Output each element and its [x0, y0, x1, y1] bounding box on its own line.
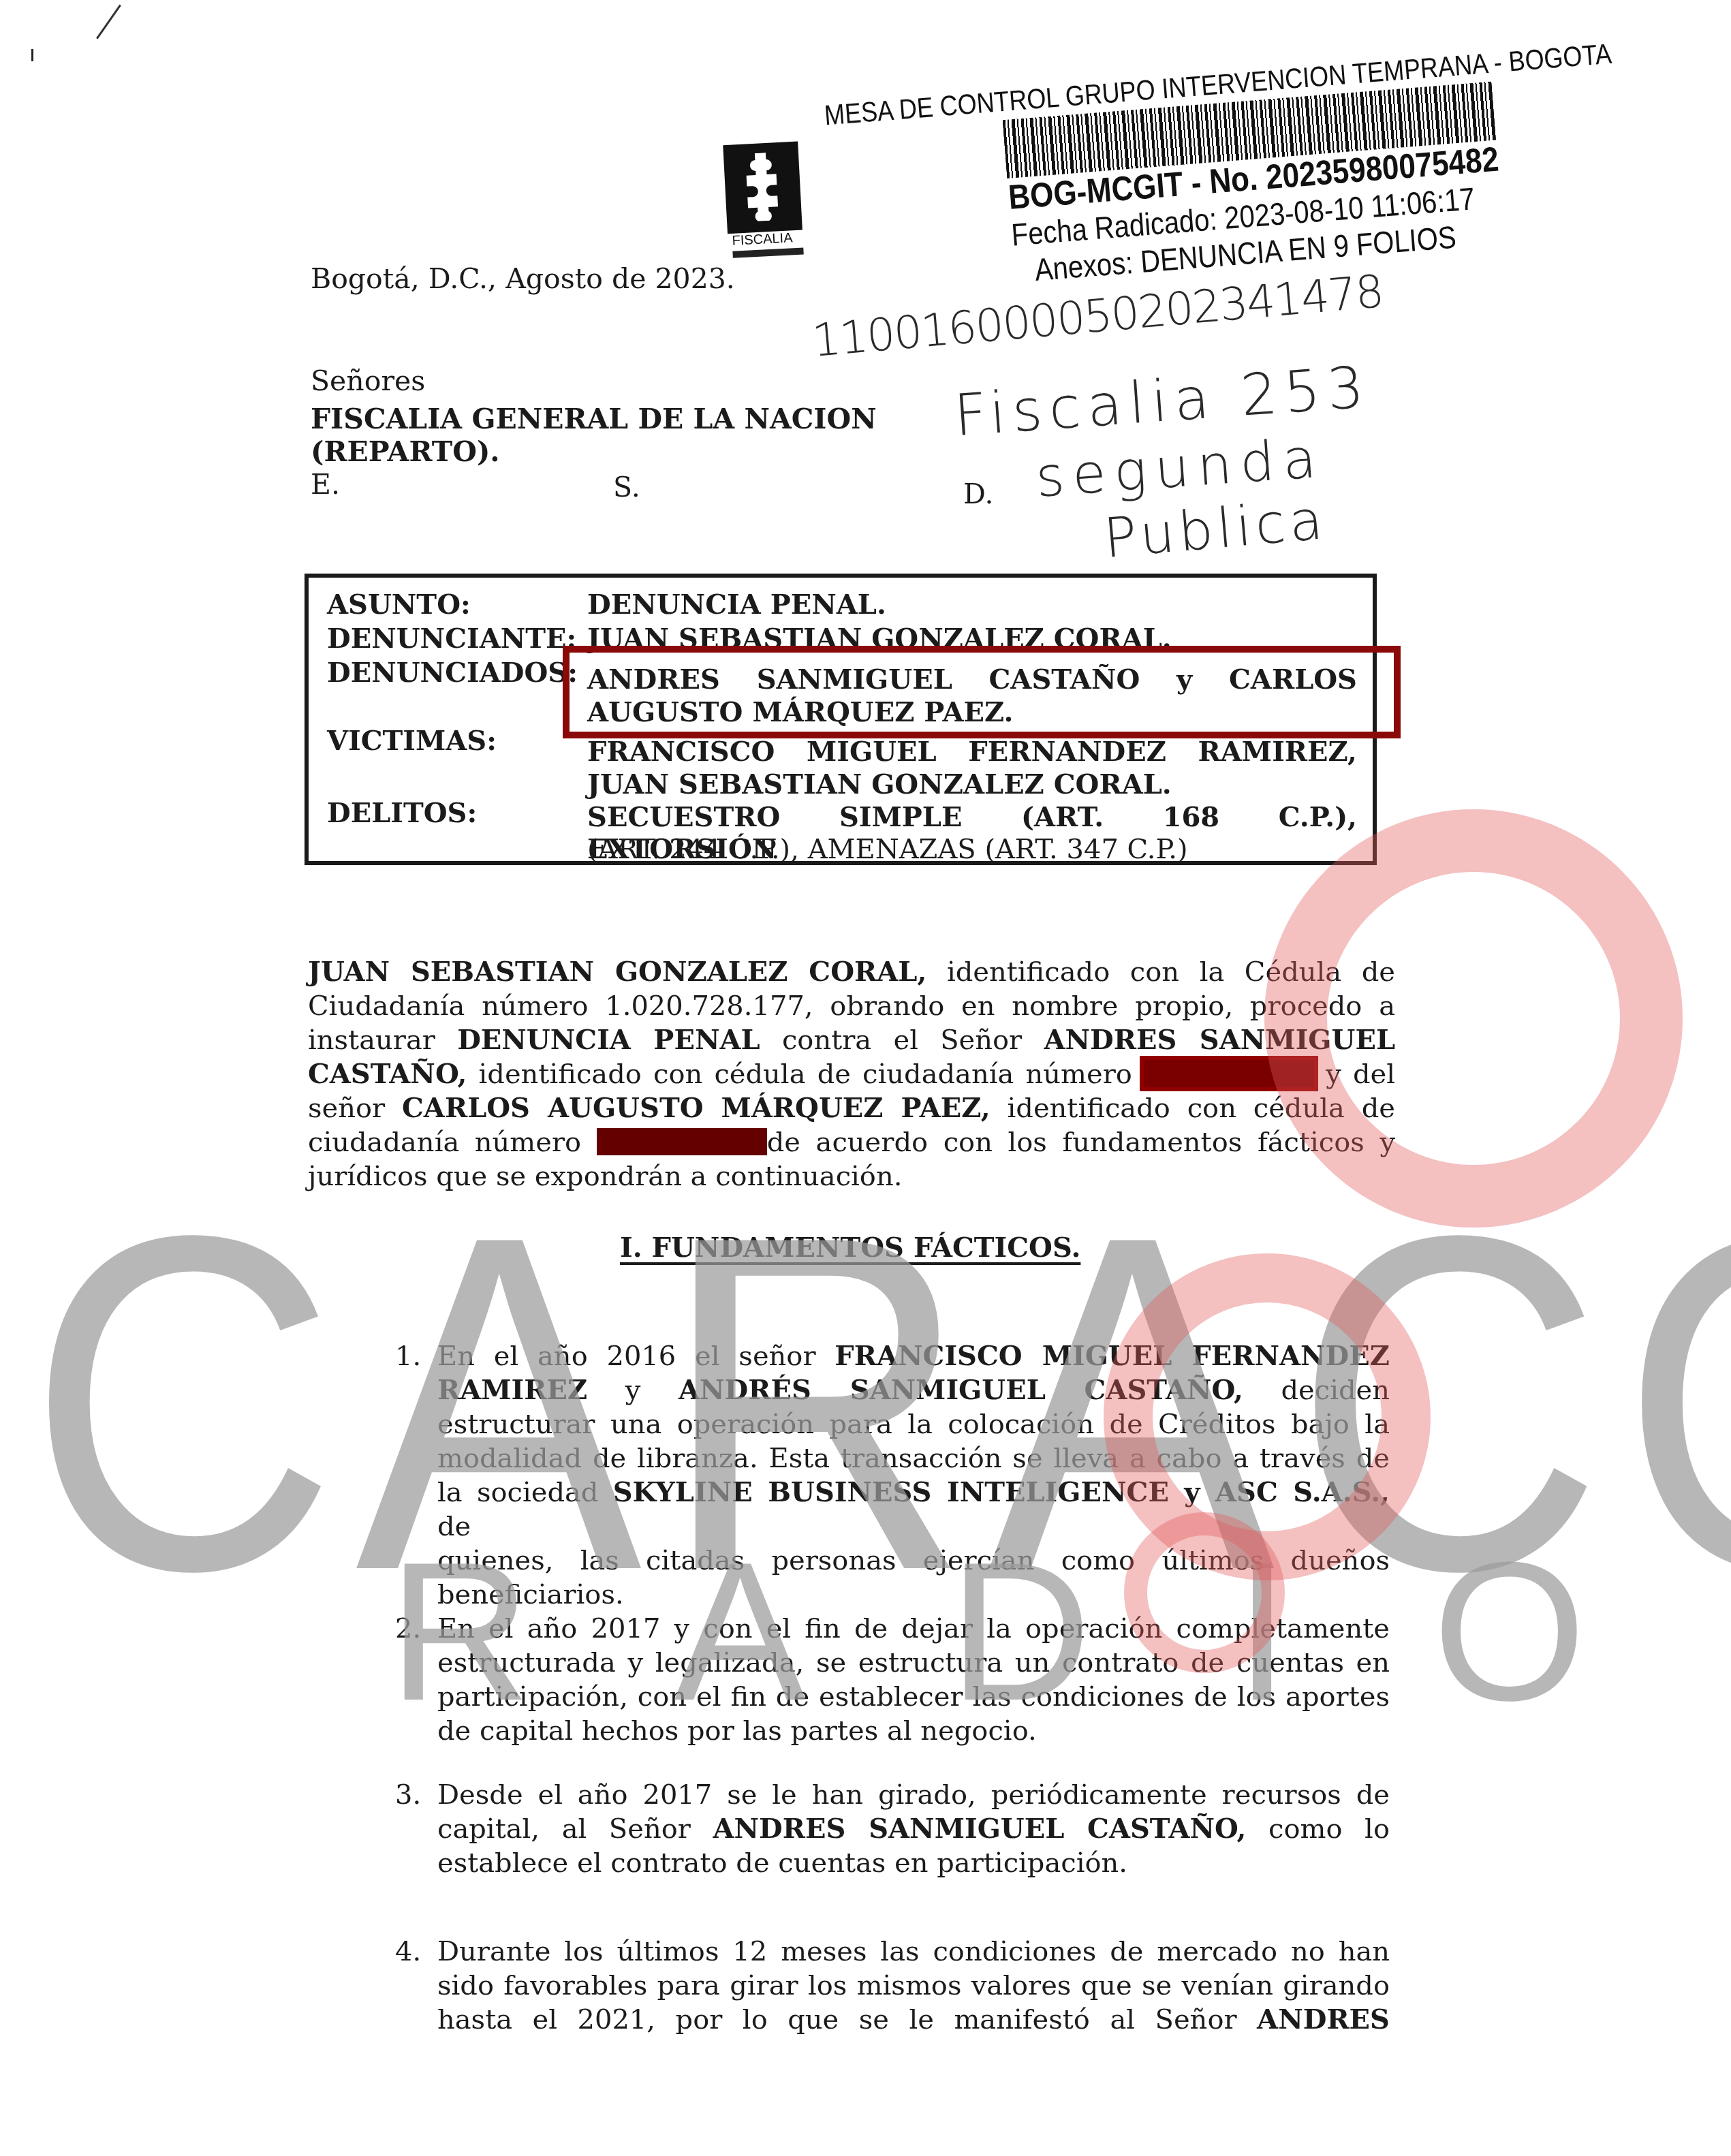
intro-text: identificado con cédula de — [991, 1093, 1395, 1124]
value-victimas-2: JUAN SEBASTIAN GONZALEZ CORAL. — [587, 768, 1357, 800]
fact-number: 4. — [395, 1935, 421, 1969]
fact-text: de — [437, 1511, 471, 1542]
fact-text: En el año 2016 el señor — [437, 1341, 835, 1372]
fact-item: 3.Desde el año 2017 se le han girado, pe… — [395, 1778, 1390, 1880]
value-victimas-1: FRANCISCO MIGUEL FERNANDEZ RAMIREZ, — [587, 736, 1357, 768]
label-denunciante: DENUNCIANTE: — [327, 623, 576, 655]
fiscalia-logo: FISCALIA — [723, 141, 814, 271]
fact-text: estructurada y legalizada, se estructura… — [437, 1647, 1390, 1678]
value-delitos-2: (ART. 244 C.P.), AMENAZAS (ART. 347 C.P.… — [587, 834, 1357, 865]
redaction-block — [1144, 1060, 1314, 1087]
label-delitos: DELITOS: — [327, 797, 477, 829]
recipient-line-1: FISCALIA GENERAL DE LA NACION — [311, 402, 877, 436]
scan-mark — [96, 5, 121, 40]
fact-item: 1.En el año 2016 el señor FRANCISCO MIGU… — [395, 1339, 1390, 1612]
reception-stamp: MESA DE CONTROL GRUPO INTERVENCION TEMPR… — [811, 0, 1687, 285]
highlight-denunciados — [563, 646, 1401, 738]
recipient-line-2: (REPARTO). — [311, 435, 500, 469]
section-heading: I. FUNDAMENTOS FÁCTICOS. — [620, 1232, 1080, 1264]
fact-text: modalidad de libranza. Esta transacción … — [437, 1443, 1390, 1474]
fact-item: 4.Durante los últimos 12 meses las condi… — [395, 1935, 1390, 2037]
value-asunto: DENUNCIA PENAL. — [587, 589, 1357, 621]
accused-name: CASTAÑO, — [308, 1058, 467, 1090]
intro-text: identificado con cédula de ciudadanía nú… — [467, 1059, 1144, 1090]
fact-text: de capital hechos por las partes al nego… — [437, 1715, 1037, 1747]
fact-text-bold: ANDRES — [1257, 2003, 1390, 2035]
intro-text: y del — [1314, 1059, 1395, 1090]
intro-text: identificado con la Cédula de — [926, 956, 1395, 988]
salutation: Señores — [311, 364, 425, 398]
intro-text: Ciudadanía número 1.020.728.177, obrando… — [308, 989, 1395, 1023]
fact-text: sido favorables para girar los mismos va… — [437, 1970, 1390, 2001]
fact-text: como lo — [1246, 1813, 1390, 1845]
fact-text-bold: SKYLINE BUSINESS INTELIGENCE y ASC S.A.S… — [613, 1476, 1390, 1508]
fact-number: 2. — [395, 1612, 421, 1646]
intro-text: jurídicos que se expondrán a continuació… — [308, 1159, 1395, 1193]
fact-text-bold: ANDRES SANMIGUEL CASTAÑO, — [713, 1813, 1247, 1845]
place-date: Bogotá, D.C., Agosto de 2023. — [311, 262, 735, 296]
scan-mark — [31, 49, 33, 61]
fact-text: estructurar una operación para la coloca… — [437, 1409, 1390, 1440]
label-denunciados: DENUNCIADOS: — [327, 657, 578, 689]
fact-item: 2.En el año 2017 y con el fin de dejar l… — [395, 1612, 1390, 1748]
fact-text: y — [587, 1375, 679, 1406]
esd-s: S. — [613, 470, 640, 504]
fact-text: capital, al Señor — [437, 1813, 713, 1845]
accused-name: ANDRES SANMIGUEL — [1044, 1024, 1396, 1056]
fact-text: la sociedad — [437, 1477, 613, 1508]
redaction-block — [597, 1128, 767, 1155]
fact-text: establece el contrato de cuentas en part… — [437, 1847, 1127, 1879]
puzzle-piece-icon — [744, 152, 780, 221]
fact-text: deciden — [1243, 1375, 1390, 1406]
intro-text: instaurar — [308, 1025, 457, 1056]
accused-name: CARLOS AUGUSTO MÁRQUEZ PAEZ, — [402, 1092, 991, 1124]
esd-d: D. — [963, 477, 993, 511]
intro-text: señor — [308, 1093, 402, 1124]
fact-text: beneficiarios. — [437, 1579, 624, 1610]
intro-text-bold: DENUNCIA PENAL — [457, 1024, 760, 1056]
esd-e: E. — [311, 467, 340, 501]
fact-text: Durante los últimos 12 meses las condici… — [437, 1936, 1390, 1967]
intro-paragraph: JUAN SEBASTIAN GONZALEZ CORAL, identific… — [308, 955, 1395, 1193]
intro-text: contra el Señor — [760, 1025, 1044, 1056]
fact-text-bold: ANDRÉS SANMIGUEL CASTAÑO, — [679, 1374, 1243, 1406]
logo-label: FISCALIA — [732, 230, 793, 249]
fact-number: 1. — [395, 1339, 421, 1373]
intro-text: ciudadanía número — [308, 1127, 597, 1158]
fact-text: quienes, las citadas personas ejercían c… — [437, 1545, 1390, 1576]
fact-number: 3. — [395, 1778, 421, 1812]
fact-text-bold: RAMIREZ — [437, 1374, 587, 1406]
complainant-name: JUAN SEBASTIAN GONZALEZ CORAL, — [308, 956, 926, 988]
fact-text: Desde el año 2017 se le han girado, peri… — [437, 1779, 1390, 1811]
intro-text: de acuerdo con los fundamentos fácticos … — [767, 1127, 1395, 1158]
fact-text: En el año 2017 y con el fin de dejar la … — [437, 1613, 1390, 1644]
fact-text: hasta el 2021, por lo que se le manifest… — [437, 2004, 1257, 2035]
label-victimas: VICTIMAS: — [327, 725, 497, 757]
fact-text-bold: FRANCISCO MIGUEL FERNANDEZ — [835, 1340, 1390, 1372]
fact-text: participación, con el fin de establecer … — [437, 1681, 1390, 1713]
label-asunto: ASUNTO: — [327, 589, 471, 621]
